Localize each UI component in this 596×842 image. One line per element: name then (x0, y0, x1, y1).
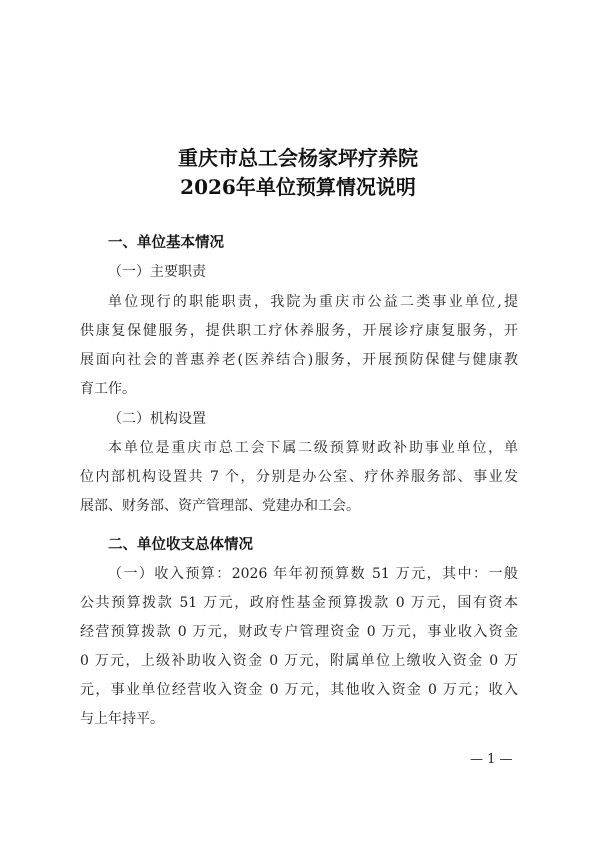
paragraph-line: 展部、财务部、资产管理部、党建办和工会。 (80, 496, 518, 516)
section-heading-basic-info: 一、单位基本情况 (108, 233, 518, 253)
paragraph-line: 经营预算拨款 0 万元，财政专户管理资金 0 万元，事业收入资金 (80, 622, 518, 642)
subsection-heading-org-structure: （二）机构设置 (108, 409, 518, 429)
section-heading-income-expense: 二、单位收支总体情况 (108, 535, 518, 555)
paragraph-line: 位内部机构设置共 7 个，分别是办公室、疗休养服务部、事业发 (80, 467, 518, 487)
paragraph-line: 元，事业单位经营收入资金 0 万元，其他收入资金 0 万元；收入 (80, 680, 518, 700)
paragraph-line: 与上年持平。 (80, 709, 518, 729)
paragraph-line: 供康复保健服务，提供职工疗休养服务，开展诊疗康复服务，开 (80, 321, 518, 341)
paragraph-line: 本单位是重庆市总工会下属二级预算财政补助事业单位，单 (108, 438, 518, 458)
paragraph-line: （一）收入预算：2026 年年初预算数 51 万元，其中：一般 (108, 564, 518, 584)
paragraph-line: 公共预算拨款 51 万元，政府性基金预算拨款 0 万元，国有资本 (80, 593, 518, 613)
paragraph-line: 0 万元，上级补助收入资金 0 万元，附属单位上缴收入资金 0 万 (80, 651, 518, 671)
document-title-line-2: 2026年单位预算情况说明 (0, 171, 596, 200)
page-number: — 1 — (470, 752, 513, 767)
paragraph-line: 育工作。 (80, 379, 518, 399)
subsection-heading-main-duties: （一）主要职责 (108, 262, 518, 282)
document-title-line-1: 重庆市总工会杨家坪疗养院 (0, 142, 596, 171)
paragraph-line: 展面向社会的普惠养老(医养结合)服务，开展预防保健与健康教 (80, 350, 518, 370)
paragraph-line: 单位现行的职能职责，我院为重庆市公益二类事业单位,提 (108, 292, 518, 312)
